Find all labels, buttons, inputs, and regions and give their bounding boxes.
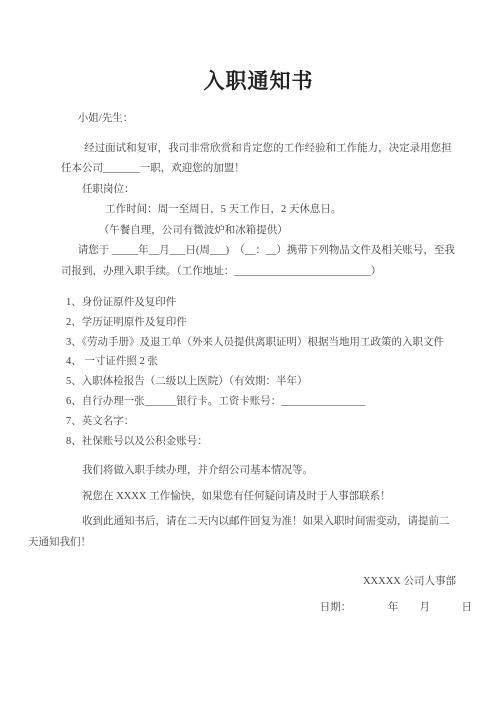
work-time-line: 工作时间：周一至周日，5 天工作日，2 天休息日。 [61,200,456,221]
document-title: 入职通知书 [61,69,456,94]
checklist-item-7: 7、英文名字： [66,412,456,432]
signature-date-line: 日期： 年 月 日 [61,598,472,619]
salutation-line: 小姐/先生： [61,109,456,130]
closing-reply-line: 收到此通知书后，请在二天内以邮件回复为准！如果入职时间需变动，请提前二天通知我们… [28,512,456,553]
checklist-item-6: 6、自行办理一张______银行卡。工资卡账号：________________ [66,392,456,412]
closing-paragraphs: 我们将做入职手续办理，并介绍公司基本情况等。 祝您在 XXXX 工作愉快，如果您… [61,461,456,553]
closing-wish-line: 祝您在 XXXX 工作愉快，如果您有任何疑问请及时于人事部联系！ [61,487,456,508]
checklist-item-2: 2、学历证明原件及复印件 [66,313,456,333]
checklist-item-1: 1、身份证原件及复印件 [66,293,456,313]
position-label-line: 任职岗位： [61,180,456,201]
document-content: 入职通知书 小姐/先生： 经过面试和复审，我司非常欣赏和肯定您的工作经验和工作能… [0,0,500,618]
checklist-item-4: 4、 一寸证件照 2 张 [66,352,456,372]
checklist-item-3: 3、《劳动手册》及退工单（外来人员提供离职证明）根据当地用工政策的入职文件 [66,333,456,353]
checklist: 1、身份证原件及复印件 2、学历证明原件及复印件 3、《劳动手册》及退工单（外来… [61,293,456,451]
intro-paragraph: 经过面试和复审，我司非常欣赏和肯定您的工作经验和工作能力，决定录用您担任本公司_… [61,139,456,180]
report-instruction-paragraph: 请您于 _____年__月___日(周___) （__：__）携带下列物品文件及… [61,241,456,282]
lunch-note-line: （午餐自理，公司有微波炉和冰箱提供） [61,221,456,242]
checklist-item-5: 5、入职体检报告（二级以上医院）（有效期：半年） [66,372,456,392]
signature-block: XXXXX 公司人事部 日期： 年 月 日 [61,572,456,618]
signature-company-line: XXXXX 公司人事部 [61,572,456,593]
offer-letter-page: 入职通知书 小姐/先生： 经过面试和复审，我司非常欣赏和肯定您的工作经验和工作能… [0,0,500,707]
closing-procedure-line: 我们将做入职手续办理，并介绍公司基本情况等。 [61,461,456,482]
checklist-item-8: 8、社保账号以及公积金账号： [66,432,456,452]
